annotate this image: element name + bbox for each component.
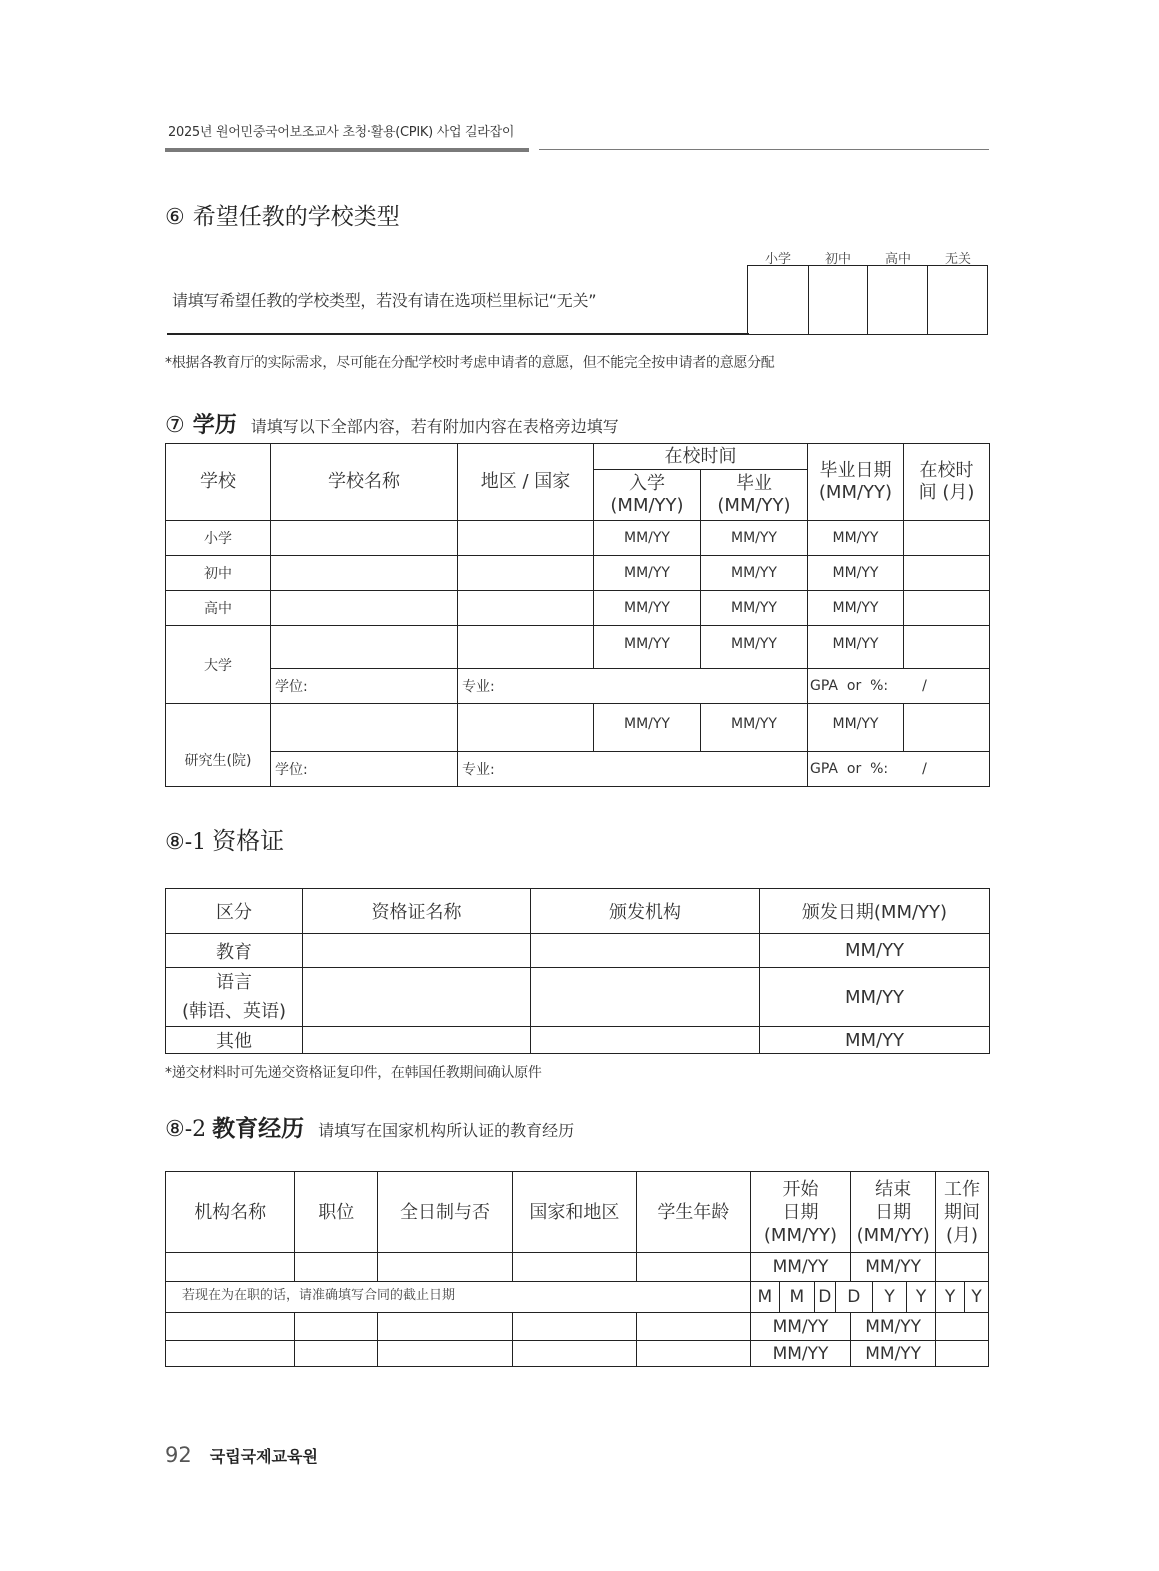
duration-cell[interactable] [904,556,990,591]
col-header-issuer: 颁发机构 [531,889,760,934]
start-label-2: 日期 [751,1201,850,1224]
contract-end-note: 若现在为在职的话，请准确填写合同的截止日期 [166,1282,751,1313]
enroll-label: 入学 [594,473,700,495]
start-date-cell[interactable]: MM/YY [750,1313,850,1341]
certificate-row-education: 教育 MM/YY [166,934,990,968]
institution-cell[interactable] [166,1253,295,1282]
col-header-period: 在校时间 [594,444,808,470]
institution-cell[interactable] [166,1313,295,1341]
col-header-work-period: 工作 期间 (月) [936,1172,989,1253]
end-label-2: 日期 [851,1201,935,1224]
enroll-cell[interactable]: MM/YY [594,626,701,669]
section7-heading: ⑦学历请填写以下全部内容，若有附加内容在表格旁边填写 [165,408,619,439]
end-date-cell[interactable]: MM/YY [851,1313,936,1341]
school-name-cell[interactable] [271,591,458,626]
period-label-2: 期间 [936,1201,988,1224]
col-header-country: 国家和地区 [512,1172,636,1253]
col-header-cert-name: 资格证名称 [303,889,531,934]
school-name-cell[interactable] [271,521,458,556]
start-label-3: (MM/YY) [751,1224,850,1247]
section81-number: ⑧-1 [165,830,206,855]
choice-box-high[interactable] [867,265,928,335]
level-label: 小学 [166,521,271,556]
section6-number: ⑥ [165,205,185,230]
issuer-cell[interactable] [531,934,760,968]
region-cell[interactable] [458,591,594,626]
issuer-cell[interactable] [531,1027,760,1054]
start-date-cell[interactable]: MM/YY [750,1253,850,1282]
col-header-duration: 在校时 间 (月) [904,444,990,521]
country-cell[interactable] [512,1341,636,1367]
enroll-format: (MM/YY) [594,495,700,517]
start-date-cell[interactable]: MM/YY [750,1341,850,1367]
duration-label-1: 在校时 [904,460,989,482]
section82-subtitle: 请填写在国家机构所认证的教育经历 [318,1121,574,1140]
grad-date-cell[interactable]: MM/YY [808,556,904,591]
period-label-1: 工作 [936,1178,988,1201]
section81-heading: ⑧-1资格证 [165,821,284,856]
work-period-cell[interactable] [936,1253,989,1282]
duration-cell[interactable] [904,521,990,556]
major-cell[interactable]: 专业: [458,669,808,704]
student-age-cell[interactable] [636,1253,750,1282]
certificate-row-other: 其他 MM/YY [166,1027,990,1054]
grad-date-cell[interactable]: MM/YY [808,626,904,669]
degree-cell[interactable]: 学位: [271,752,458,787]
col-header-fulltime: 全日制与否 [378,1172,513,1253]
category-label-line2: (韩语、英语) [166,997,302,1026]
period-label-3: (月) [936,1224,988,1247]
experience-header-row: 机构名称 职位 全日制与否 国家和地区 学生年龄 开始 日期 (MM/YY) 结… [166,1172,989,1253]
work-period-cell[interactable] [936,1313,989,1341]
end-label-3: (MM/YY) [851,1224,935,1247]
position-cell[interactable] [295,1341,378,1367]
contract-digit-cell[interactable]: Y [872,1282,906,1313]
section81-title: 资格证 [212,827,284,855]
col-header-enroll: 入学 (MM/YY) [594,470,701,521]
school-name-cell[interactable] [271,556,458,591]
cert-name-cell[interactable] [303,968,531,1027]
student-age-cell[interactable] [636,1341,750,1367]
country-cell[interactable] [512,1253,636,1282]
graduate-label: 毕业 [701,473,807,495]
col-header-school-name: 学校名称 [271,444,458,521]
degree-cell[interactable]: 学位: [271,669,458,704]
gpa-label: GPA or %: [810,761,888,777]
col-header-graduate: 毕业 (MM/YY) [701,470,808,521]
choice-box-middle[interactable] [807,265,868,335]
col-header-region: 地区 / 国家 [458,444,594,521]
issue-date-cell[interactable]: MM/YY [760,1027,990,1054]
section6-title: 希望任教的学校类型 [193,204,400,230]
teaching-experience-table: 机构名称 职位 全日制与否 国家和地区 学生年龄 开始 日期 (MM/YY) 结… [165,1171,989,1367]
issuer-cell[interactable] [531,968,760,1027]
contract-digit-cell[interactable]: M [750,1282,779,1313]
level-label: 研究生(院) [166,704,271,787]
education-table: 学校 学校名称 地区 / 国家 在校时间 毕业日期 (MM/YY) 在校时 间 … [165,443,990,787]
section6-instruction: 请填写希望任教的学校类型，若没有请在选项栏里标记“无关” [172,288,596,311]
enroll-cell[interactable]: MM/YY [594,521,701,556]
certificate-table: 区分 资格证名称 颁发机构 颁发日期(MM/YY) 教育 MM/YY 语言 (韩… [165,888,990,1054]
section7-subtitle: 请填写以下全部内容，若有附加内容在表格旁边填写 [251,417,619,436]
grad-date-cell[interactable]: MM/YY [808,591,904,626]
region-cell[interactable] [458,626,594,669]
issue-date-cell[interactable]: MM/YY [760,934,990,968]
col-header-start-date: 开始 日期 (MM/YY) [750,1172,850,1253]
position-cell[interactable] [295,1253,378,1282]
section7-number: ⑦ [165,413,185,438]
category-label: 语言 (韩语、英语) [166,968,303,1027]
section7-title: 学历 [193,413,237,438]
col-header-school: 学校 [166,444,271,521]
duration-cell[interactable] [904,704,990,752]
choice-box-none[interactable] [927,265,988,335]
grad-date-format: (MM/YY) [808,482,903,504]
page-number: 92 [165,1443,192,1467]
table-row-university: 大学 MM/YY MM/YY MM/YY [166,626,990,669]
col-header-student-age: 学生年龄 [636,1172,750,1253]
experience-row-3: MM/YY MM/YY [166,1341,989,1367]
gpa-label: GPA or %: [810,678,888,694]
category-label-line1: 语言 [166,968,302,997]
position-cell[interactable] [295,1313,378,1341]
school-name-cell[interactable] [271,704,458,752]
gpa-slash: / [922,678,927,694]
table-row-primary: 小学 MM/YY MM/YY MM/YY [166,521,990,556]
header-divider-thick [165,148,529,152]
section6-heading: ⑥希望任教的学校类型 [165,198,400,231]
issue-date-cell[interactable]: MM/YY [760,968,990,1027]
category-label: 其他 [166,1027,303,1054]
col-header-issue-date: 颁发日期(MM/YY) [760,889,990,934]
enroll-cell[interactable]: MM/YY [594,591,701,626]
cert-name-cell[interactable] [303,934,531,968]
col-header-category: 区分 [166,889,303,934]
fulltime-cell[interactable] [378,1313,513,1341]
grad-date-cell[interactable]: MM/YY [808,521,904,556]
graduate-cell[interactable]: MM/YY [701,704,808,752]
duration-label-2: 间 (月) [904,482,989,504]
fulltime-cell[interactable] [378,1253,513,1282]
region-cell[interactable] [458,704,594,752]
section82-number: ⑧-2 [165,1117,206,1142]
contract-digit-cell[interactable]: Y [965,1282,989,1313]
section6-note: *根据各教育厅的实际需求，尽可能在分配学校时考虑申请者的意愿，但不能完全按申请者… [165,352,775,372]
section6-underline [167,333,749,335]
region-cell[interactable] [458,521,594,556]
contract-digit-cell[interactable]: M [779,1282,814,1313]
table-row-middle: 初中 MM/YY MM/YY MM/YY [166,556,990,591]
student-age-cell[interactable] [636,1313,750,1341]
end-label-1: 结束 [851,1178,935,1201]
section82-title: 教育经历 [212,1116,304,1142]
running-header-title: 2025년 원어민중국어보조교사 초청·활용(CPIK) 사업 길라잡이 [168,121,514,140]
level-label: 高中 [166,591,271,626]
country-cell[interactable] [512,1313,636,1341]
category-label: 教育 [166,934,303,968]
section81-note: *递交材料时可先递交资格证复印件，在韩国任教期间确认原件 [165,1062,542,1082]
header-divider-thin [539,149,989,150]
contract-digit-cell[interactable]: Y [907,1282,936,1313]
graduate-cell[interactable]: MM/YY [701,556,808,591]
level-label: 初中 [166,556,271,591]
start-label-1: 开始 [751,1178,850,1201]
region-cell[interactable] [458,556,594,591]
experience-row-2: MM/YY MM/YY [166,1313,989,1341]
choice-box-primary[interactable] [747,265,809,335]
table-row-graduate-school: 研究生(院) MM/YY MM/YY MM/YY [166,704,990,752]
cert-name-cell[interactable] [303,1027,531,1054]
end-date-cell[interactable]: MM/YY [851,1341,936,1367]
graduate-cell[interactable]: MM/YY [701,591,808,626]
graduate-cell[interactable]: MM/YY [701,626,808,669]
col-header-end-date: 结束 日期 (MM/YY) [851,1172,936,1253]
major-cell[interactable]: 专业: [458,752,808,787]
col-header-grad-date: 毕业日期 (MM/YY) [808,444,904,521]
gpa-cell[interactable]: GPA or %:/ [808,752,990,787]
col-header-institution: 机构名称 [166,1172,295,1253]
section82-heading: ⑧-2教育经历请填写在国家机构所认证的教育经历 [165,1110,574,1143]
school-name-cell[interactable] [271,626,458,669]
footer-org-name: 국립국제교육원 [210,1444,318,1467]
certificate-row-language: 语言 (韩语、英语) MM/YY [166,968,990,1027]
contract-digit-cell[interactable]: Y [936,1282,965,1313]
end-date-cell[interactable]: MM/YY [851,1253,936,1282]
gpa-cell[interactable]: GPA or %:/ [808,669,990,704]
enroll-cell[interactable]: MM/YY [594,704,701,752]
table-row-high: 高中 MM/YY MM/YY MM/YY [166,591,990,626]
table-row-university-detail: 学位: 专业: GPA or %:/ [166,669,990,704]
institution-cell[interactable] [166,1341,295,1367]
experience-row-1: MM/YY MM/YY [166,1253,989,1282]
contract-end-row: 若现在为在职的话，请准确填写合同的截止日期 M M D D Y Y Y Y [166,1282,989,1313]
duration-cell[interactable] [904,591,990,626]
grad-date-label: 毕业日期 [808,460,903,482]
contract-digit-cell[interactable]: D [835,1282,872,1313]
certificate-header-row: 区分 资格证名称 颁发机构 颁发日期(MM/YY) [166,889,990,934]
gpa-slash: / [922,761,927,777]
level-label: 大学 [166,626,271,704]
enroll-cell[interactable]: MM/YY [594,556,701,591]
fulltime-cell[interactable] [378,1341,513,1367]
work-period-cell[interactable] [936,1341,989,1367]
contract-digit-cell[interactable]: D [814,1282,835,1313]
table-row-graduate-school-detail: 学位: 专业: GPA or %:/ [166,752,990,787]
graduate-format: (MM/YY) [701,495,807,517]
page-footer: 92 국립국제교육원 [165,1443,318,1467]
duration-cell[interactable] [904,626,990,669]
col-header-position: 职位 [295,1172,378,1253]
grad-date-cell[interactable]: MM/YY [808,704,904,752]
graduate-cell[interactable]: MM/YY [701,521,808,556]
